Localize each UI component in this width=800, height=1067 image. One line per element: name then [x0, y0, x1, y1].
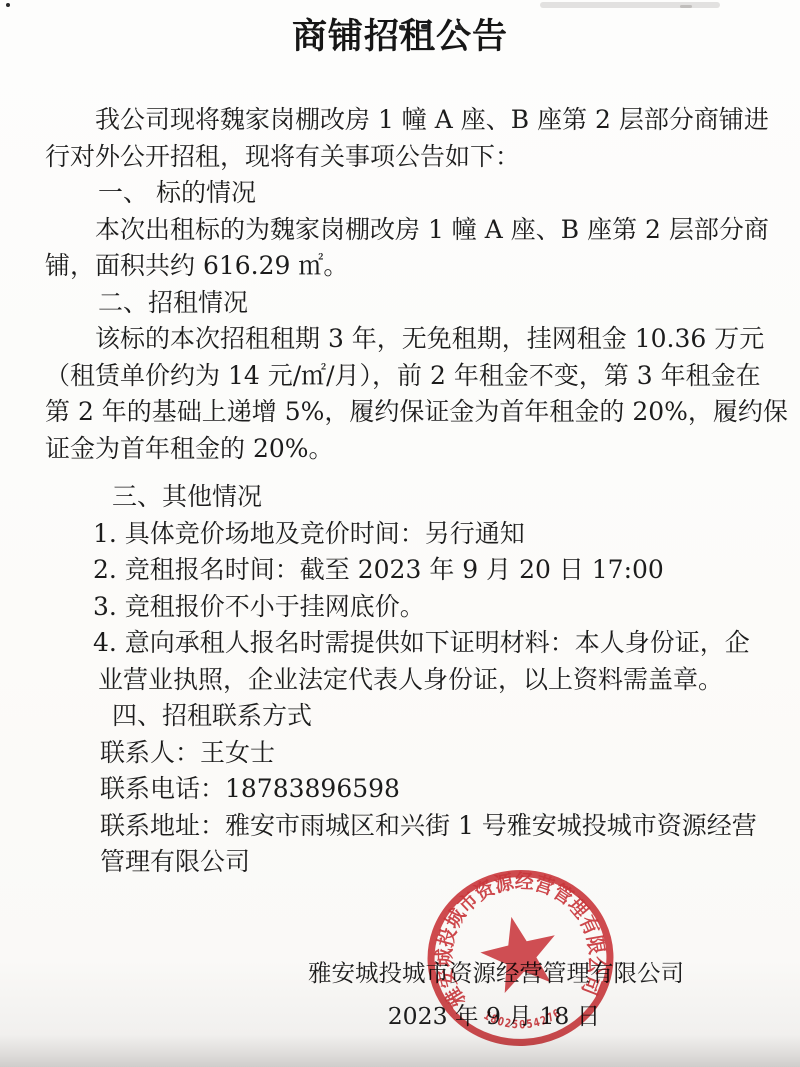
list-item: 4. 意向承租人报名时需提供如下证明材料：本人身份证，企: [45, 625, 755, 662]
document-line: 证金为首年租金的 20%。: [45, 431, 755, 468]
seal-serial-number: 18025054276: [481, 1004, 565, 1033]
svg-text:18025054276: 18025054276: [481, 1004, 565, 1033]
contact-person-line: 联系人：王女士: [45, 735, 755, 772]
document-line: 该标的本次招租租期 3 年，无免租期，挂网租金 10.36 万元: [45, 321, 755, 358]
list-item: 3. 竞租报价不小于挂网底价。: [45, 589, 755, 626]
document-line: 行对外公开招租，现将有关事项公告如下：: [45, 139, 755, 176]
page-title: 商铺招租公告: [0, 0, 800, 60]
list-item: 2. 竞租报名时间：截至 2023 年 9 月 20 日 17:00: [45, 552, 755, 589]
scan-speck: [421, 24, 428, 29]
section-heading-2: 二、招租情况: [45, 285, 755, 322]
document-body: 我公司现将魏家岗棚改房 1 幢 A 座、B 座第 2 层部分商铺进 行对外公开招…: [0, 102, 800, 881]
scan-speck: [455, 25, 462, 30]
contact-address-line: 联系地址：雅安市雨城区和兴街 1 号雅安城投城市资源经营: [45, 808, 755, 845]
section-heading-4: 四、招租联系方式: [45, 698, 755, 735]
list-item-wrap: 业营业执照，企业法定代表人身份证，以上资料需盖章。: [45, 662, 755, 699]
contact-phone-line: 联系电话：18783896598: [45, 771, 755, 808]
document-line: （租赁单价约为 14 元/㎡/月），前 2 年租金不变，第 3 年租金在: [45, 358, 755, 395]
scanned-document-page: 商铺招租公告 我公司现将魏家岗棚改房 1 幢 A 座、B 座第 2 层部分商铺进…: [0, 0, 800, 1067]
document-line: 第 2 年的基础上递增 5%，履约保证金为首年租金的 20%，履约保: [45, 394, 755, 431]
section-heading-1: 一、 标的情况: [45, 175, 755, 212]
company-seal: 雅安城投城市资源经营管理有限公司 18025054276: [419, 861, 621, 1055]
scan-smudge: [540, 2, 720, 8]
section-heading-3: 三、其他情况: [45, 479, 755, 516]
document-line: 铺，面积共约 616.29 ㎡。: [45, 248, 755, 285]
document-line: 我公司现将魏家岗棚改房 1 幢 A 座、B 座第 2 层部分商铺进: [45, 102, 755, 139]
scan-speck: [6, 3, 10, 7]
contact-address-wrap: 管理有限公司: [45, 844, 755, 881]
list-item: 1. 具体竞价场地及竞价时间：另行通知: [45, 516, 755, 553]
scan-speck: [399, 25, 405, 30]
document-line: 本次出租标的为魏家岗棚改房 1 幢 A 座、B 座第 2 层部分商: [45, 212, 755, 249]
seal-star-icon: [474, 908, 565, 996]
